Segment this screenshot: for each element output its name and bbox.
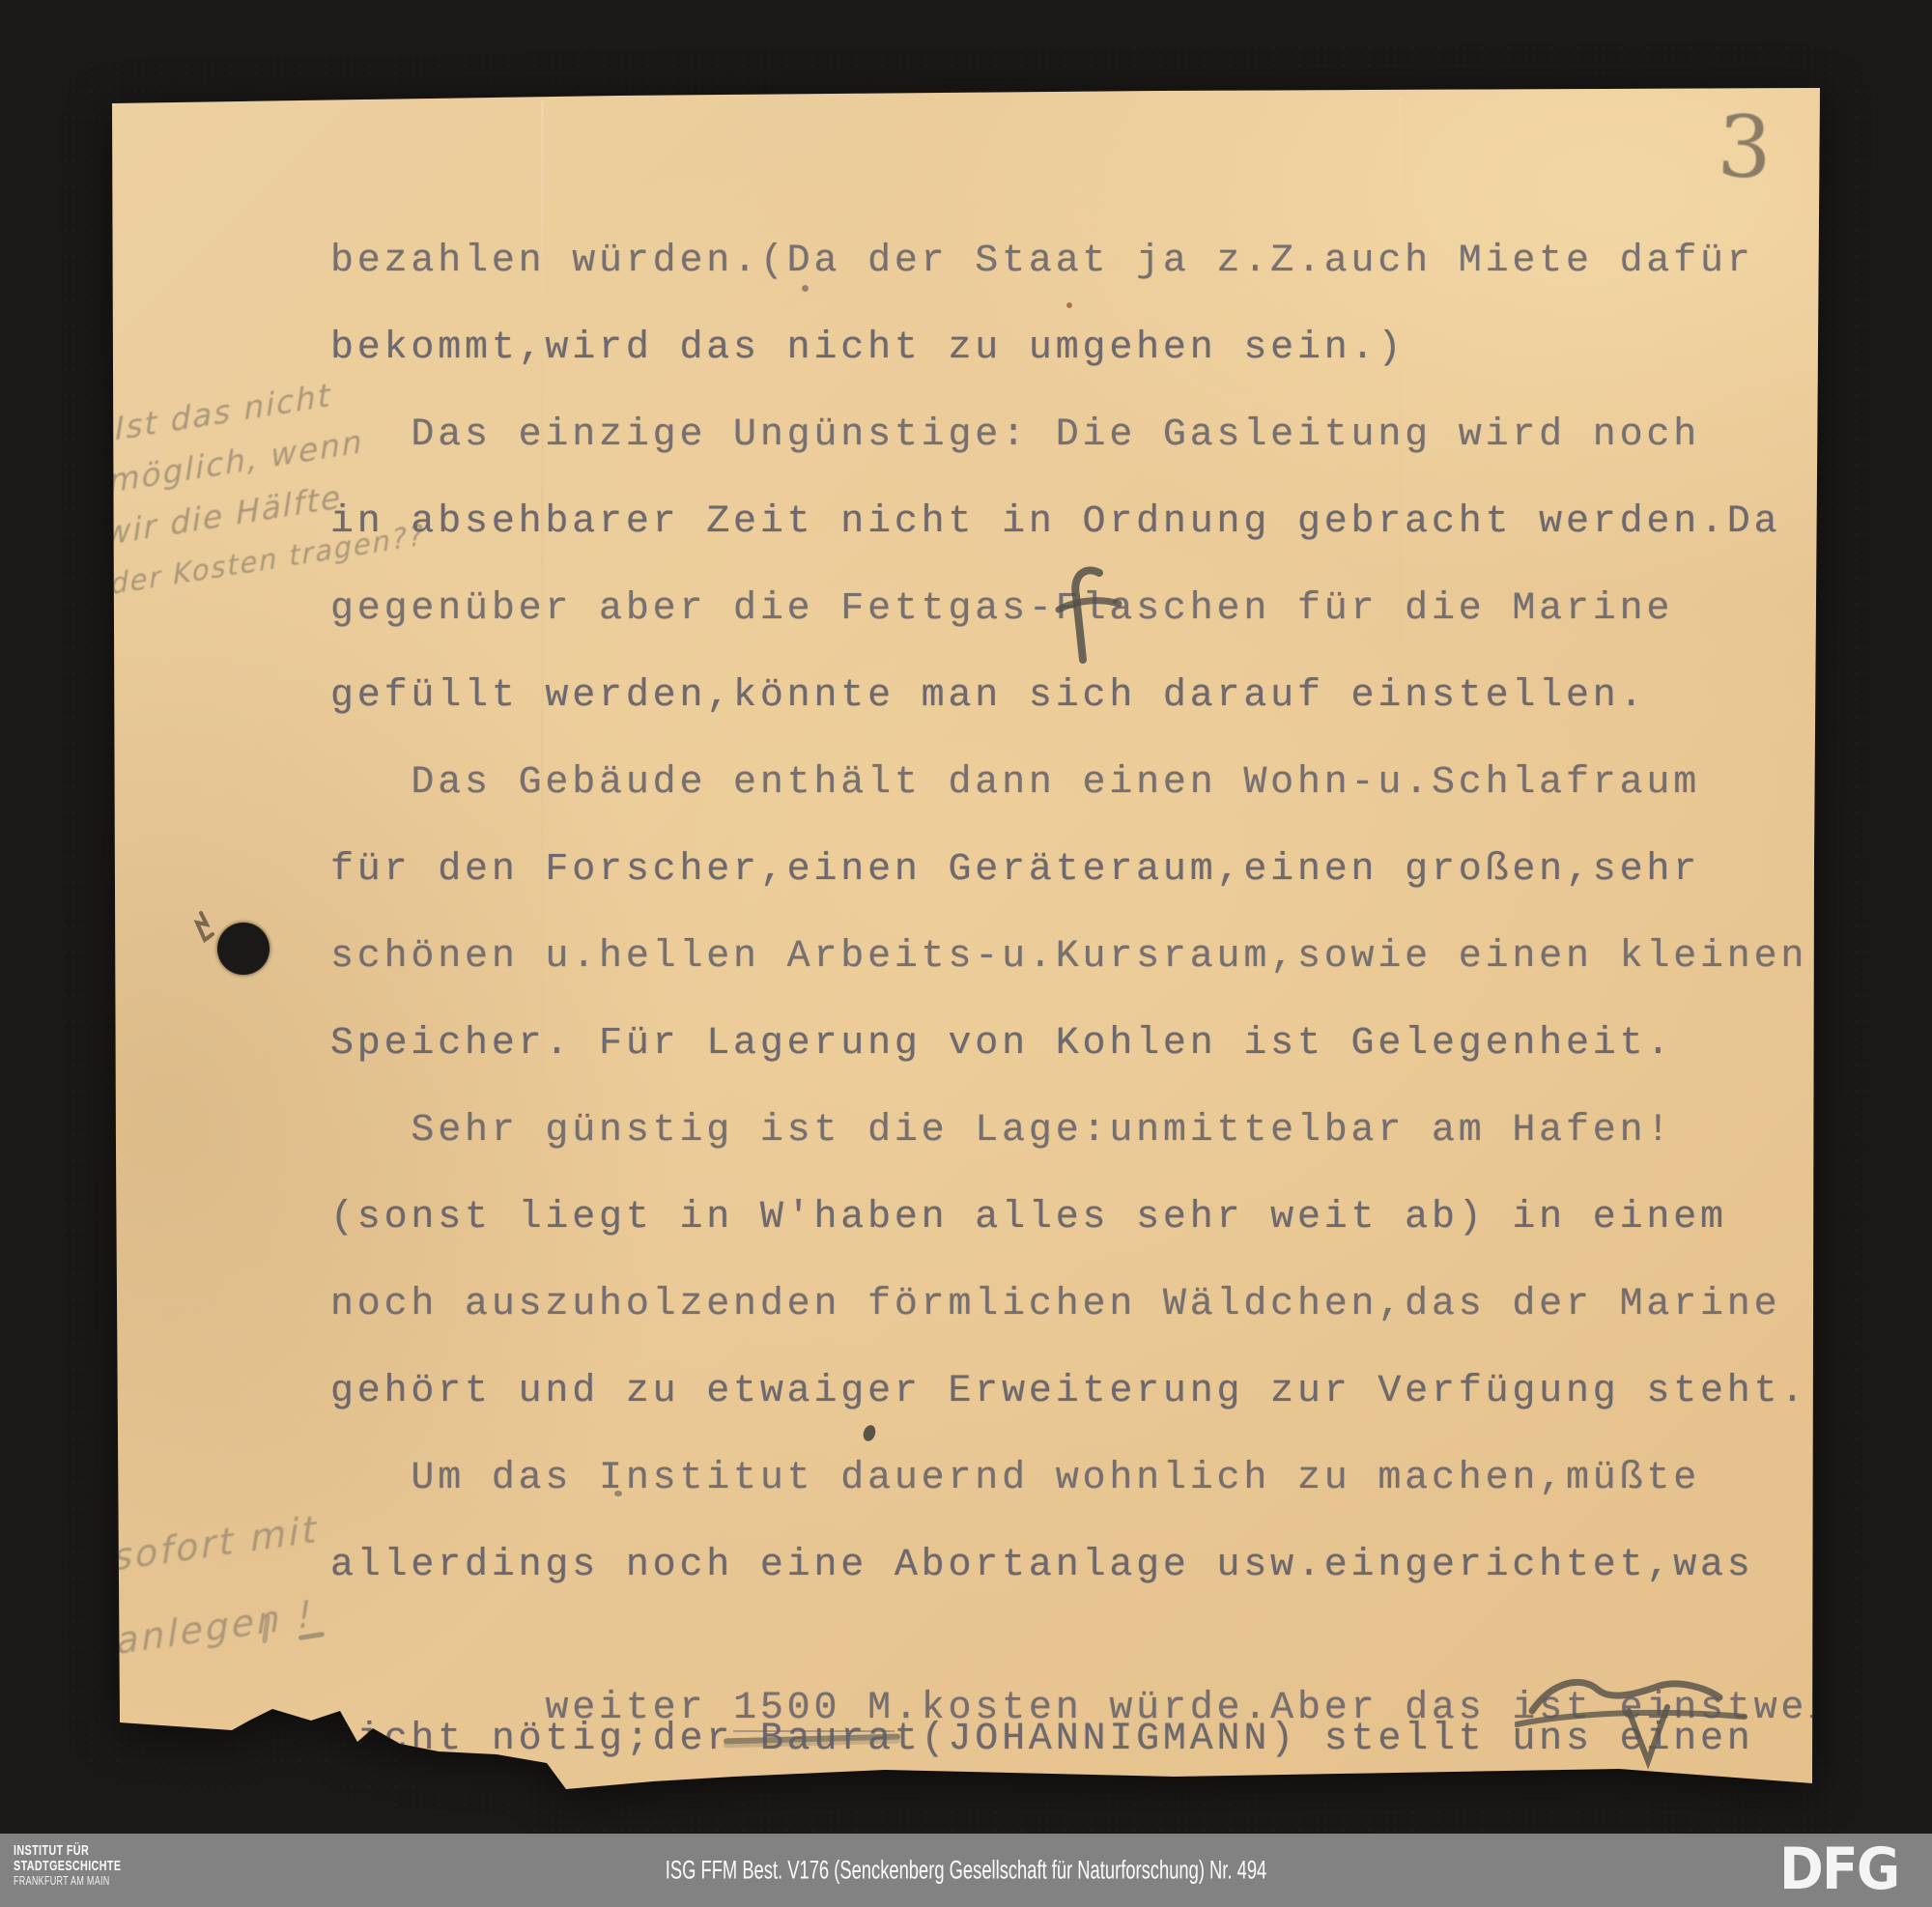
pencil-dash-mark <box>298 1632 325 1640</box>
typed-line: Um das Institut dauernd wohnlich zu mach… <box>330 1451 1700 1507</box>
typed-line: bekommt,wird das nicht zu umgehen sein.) <box>330 321 1405 377</box>
paper-sheet: 3 bezahlen würden.(Da der Staat ja z.Z.a… <box>112 88 1820 1789</box>
typed-line: Das Gebäude enthält dann einen Wohn-u.Sc… <box>330 755 1700 811</box>
typed-line: gegenüber aber die Fettgas-Flaschen für … <box>330 582 1673 638</box>
archive-reference: ISG FFM Best. V176 (Senckenberg Gesellsc… <box>666 1856 1266 1886</box>
institute-logo-line: STADTGESCHICHTE <box>14 1859 121 1874</box>
page-number: 3 <box>1716 97 1774 198</box>
typed-line: schönen u.hellen Arbeits-u.Kursraum,sowi… <box>330 929 1807 985</box>
footer-bar: INSTITUT FÜR STADTGESCHICHTE FRANKFURT A… <box>0 1834 1932 1907</box>
typed-line: noch auszuholzenden förmlichen Wäldchen,… <box>330 1277 1780 1333</box>
typed-line-last: nicht nötig;der Baurat(JOHANNIGMANN) ste… <box>330 1712 1754 1768</box>
typed-line: Das einzige Ungünstige: Die Gasleitung w… <box>330 408 1700 464</box>
paper-tear-nick <box>191 911 220 950</box>
ink-speck <box>862 1424 878 1443</box>
typed-line: gefüllt werden,könnte man sich darauf ei… <box>330 669 1646 725</box>
institute-logo-line: FRANKFURT AM MAIN <box>14 1874 121 1889</box>
margin-note-top: Ist das nicht möglich, wenn wir die Hälf… <box>114 355 426 609</box>
typed-line: bezahlen würden.(Da der Staat ja z.Z.auc… <box>330 234 1754 290</box>
typed-line: Speicher. Für Lagerung von Kohlen ist Ge… <box>330 1016 1673 1072</box>
typed-line: für den Forscher,einen Geräteraum,einen … <box>330 842 1700 898</box>
margin-note-line: sofort mit <box>112 1487 321 1599</box>
typed-line: in absehbarer Zeit nicht in Ordnung gebr… <box>330 495 1780 551</box>
margin-note-line: anlegen ! <box>115 1571 324 1683</box>
red-speck <box>1066 302 1072 308</box>
typed-line: allerdings noch eine Abortanlage usw.ein… <box>330 1538 1754 1594</box>
dfg-logo: DFG <box>1779 1836 1898 1903</box>
document-paper: 3 bezahlen würden.(Da der Staat ja z.Z.a… <box>112 88 1820 1789</box>
typed-line: Sehr günstig ist die Lage:unmittelbar am… <box>330 1103 1673 1159</box>
margin-note-bottom: sofort mit anlegen ! <box>112 1487 324 1683</box>
ink-speck <box>802 285 809 292</box>
institute-logo: INSTITUT FÜR STADTGESCHICHTE FRANKFURT A… <box>14 1843 121 1889</box>
typed-line: gehört und zu etwaiger Erweiterung zur V… <box>330 1364 1807 1420</box>
typed-line: (sonst liegt in W'haben alles sehr weit … <box>330 1190 1727 1246</box>
pencil-tick-mark <box>262 1614 270 1643</box>
ink-speck <box>614 1491 622 1496</box>
punch-hole <box>217 923 270 975</box>
typed-line-amount: weiter 1500 M.kosten würde.Aber das ist … <box>330 1625 1932 1681</box>
institute-logo-line: INSTITUT FÜR <box>14 1843 121 1859</box>
scan-background: 3 bezahlen würden.(Da der Staat ja z.Z.a… <box>0 0 1932 1907</box>
